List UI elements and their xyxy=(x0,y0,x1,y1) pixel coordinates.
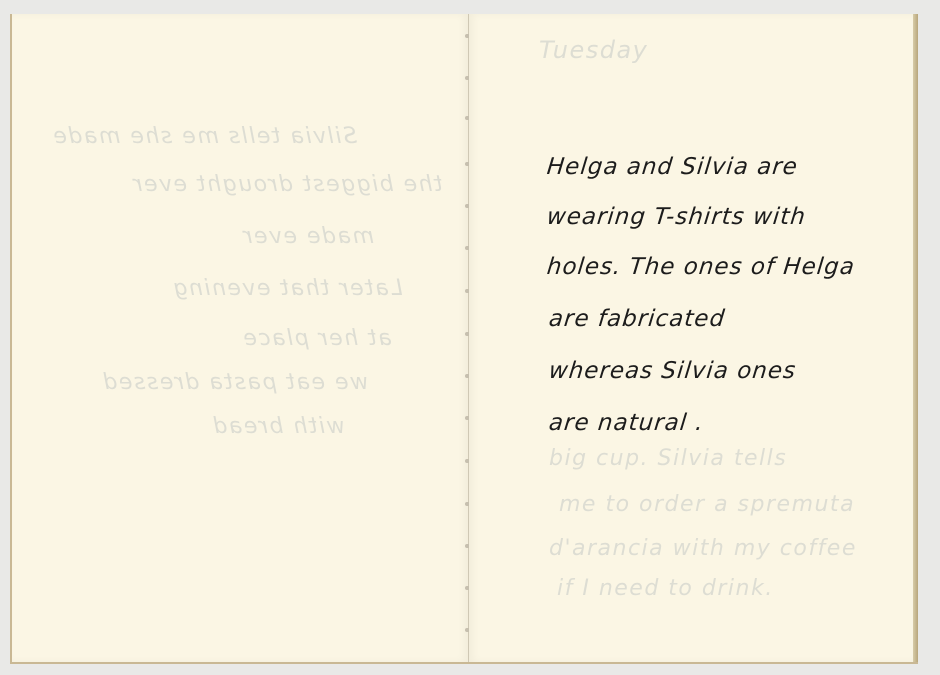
handwritten-line: holes. The ones of Helga xyxy=(546,254,857,280)
bleed-line: Later that evening xyxy=(172,276,403,301)
handwritten-line: are natural . xyxy=(548,410,706,436)
bleed-heading: Tuesday xyxy=(539,36,648,64)
bleed-line: Silvia tells me she made xyxy=(52,124,357,149)
bleed-line: the biggest drought ever xyxy=(132,172,443,197)
bleed-line: big cup. Silvia tells xyxy=(549,446,787,471)
bleed-line: we eat pasta dressed xyxy=(102,370,368,395)
handwritten-line: wearing T-shirts with xyxy=(546,204,808,230)
bleed-line: made ever xyxy=(242,224,374,249)
bleed-line: at her place xyxy=(242,326,392,351)
handwritten-line: Helga and Silvia are xyxy=(546,154,800,180)
bleed-line: if I need to drink. xyxy=(557,576,774,601)
bleed-line: me to order a spremuta xyxy=(559,492,855,517)
left-page: Silvia tells me she made the biggest dro… xyxy=(12,14,468,662)
notebook-spread: Silvia tells me she made the biggest dro… xyxy=(10,14,918,664)
bleed-line: d'arancia with my coffee xyxy=(549,536,857,561)
right-page: Tuesday Helga and Silvia are wearing T-s… xyxy=(469,14,913,662)
bleed-line: with bread xyxy=(212,414,345,439)
handwritten-line: are fabricated xyxy=(548,306,727,332)
page-edge xyxy=(913,14,918,662)
handwritten-line: whereas Silvia ones xyxy=(548,358,798,384)
